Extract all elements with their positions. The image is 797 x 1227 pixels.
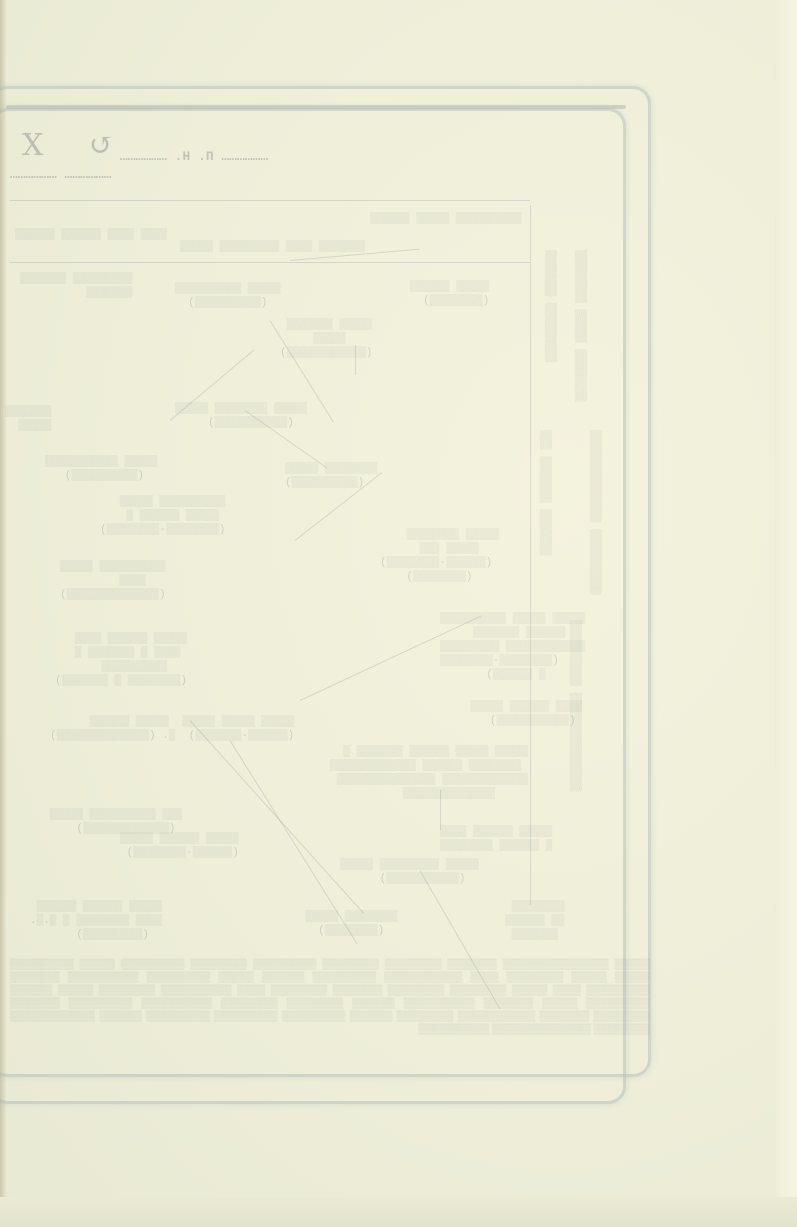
ghost-label: ▒▒▒▒▒▒▒ ▒▒▒▒ ▒▒▒▒▒▒▒▒▒ ▒▒▒▒▒ xyxy=(180,240,365,254)
ghost-vertical-label: ▒▒▒▒▒▒▒▒ ▒▒▒▒▒ ▒▒▒▒▒▒▒▒ xyxy=(575,250,589,402)
ghost-label: ▒▒▒▒▒▒▒▒▒▒ ▒▒▒▒▒ ▒▒▒▒▒▒ xyxy=(370,212,522,226)
ghost-label: ▒▒▒▒▒ ▒▒▒▒▒▒▒▒▒ ▒▒▒▒▒ (▒▒▒▒▒▒▒▒▒▒▒) xyxy=(340,858,479,886)
ghost-label: ▒▒▒▒▒ ▒▒▒▒▒▒▒▒▒▒▒ (▒▒▒▒▒▒▒▒▒▒) xyxy=(45,455,157,483)
ghost-label: ▒▒▒▒▒ ▒▒▒▒▒▒ ▒▒▒▒▒▒ ▒▒▒▒ ▒▒▒▒▒▒▒▒ ▒ ▒.▒.… xyxy=(30,900,162,942)
ghost-heading: ……………… П. Н. ……………… xyxy=(120,150,268,164)
ghost-column-divider xyxy=(530,205,531,905)
page-outer-edge xyxy=(775,0,797,1227)
ghost-label: ▒▒▒▒▒ ▒▒▒▒▒▒ ▒▒▒▒ ▒▒▒▒ ▒ ▒▒▒▒▒▒▒ ▒ ▒▒▒▒▒… xyxy=(55,632,187,688)
ghost-label: ▒▒▒▒▒▒▒▒▒ ▒▒▒▒▒▒▒ ▒▒▒▒▒▒▒ xyxy=(20,272,132,300)
page-bottom-edge xyxy=(0,1197,797,1227)
ghost-label: ▒▒▒▒▒ ▒▒▒▒▒ ▒▒▒▒▒ ▒▒▒▒▒ ▒▒▒▒▒▒ (▒▒▒▒▒▒-▒… xyxy=(50,715,294,743)
ghost-label: ▒▒▒▒▒ ▒▒▒▒▒▒▒▒▒▒ (▒▒▒▒▒▒▒▒▒▒) xyxy=(175,282,281,310)
ghost-label: ▒▒▒▒▒▒▒▒▒▒ ▒▒▒▒▒ ▒▒▒▒▒ ▒▒▒▒▒▒ ▒ (▒▒▒▒▒▒▒… xyxy=(100,495,225,537)
scanned-page: X ↺ ……………… П. Н. ……………… ……………… ……………… ▒▒… xyxy=(0,0,797,1227)
ghost-label: ▒▒▒▒▒▒▒▒ ▒▒ ▒▒▒▒▒▒ ▒▒▒▒▒▒▒ xyxy=(505,900,564,942)
ghost-rule xyxy=(10,262,530,263)
ghost-label: ▒▒▒▒▒ ▒▒▒▒▒▒▒▒ ▒▒▒▒▒ (▒▒▒▒▒▒▒▒▒▒▒) xyxy=(175,402,307,430)
ghost-label: ▒▒▒▒▒ ▒▒▒▒▒▒▒▒ ▒▒▒▒▒ ▒▒▒ (▒▒▒▒▒▒-▒▒▒▒▒▒▒… xyxy=(380,528,499,584)
ghost-vertical-label: ▒▒▒▒▒▒▒▒▒▒ ▒▒▒▒▒▒▒▒▒▒▒▒▒▒▒ xyxy=(570,620,584,792)
ghost-label: ▒▒▒▒▒ ▒▒▒▒▒▒ ▒▒▒▒▒ (▒▒▒▒▒▒-▒▒▒▒▒▒▒▒) xyxy=(120,832,239,860)
pencil-mark: X ↺ xyxy=(22,128,132,163)
ghost-label: ▒▒▒▒▒ ▒▒▒▒▒ ▒▒▒▒▒▒▒▒▒▒ ▒▒▒▒▒▒ ▒▒▒▒▒▒▒ ▒▒… xyxy=(440,612,585,682)
ghost-vertical-label: ▒▒▒▒▒▒▒▒▒▒▒▒▒▒ ▒▒▒▒▒▒▒▒▒▒ xyxy=(590,430,604,595)
ghost-label: ▒▒▒▒▒ ▒▒▒▒▒▒ (▒▒▒▒▒▒▒▒) xyxy=(410,280,489,308)
ghost-label: ▒▒▒▒ ▒▒▒▒▒▒ ▒▒▒▒▒ (▒▒▒▒▒▒▒▒▒▒▒) xyxy=(470,700,582,728)
ghost-arrow-vertical xyxy=(440,790,441,830)
ghost-label: ▒▒▒▒▒ ▒▒▒▒▒ ▒▒▒▒▒▒ ▒▒▒▒▒▒▒ ▒ ▒▒▒▒▒▒▒▒ ▒▒… xyxy=(330,745,528,801)
ghost-vertical-label: ▒▒▒ ▒▒▒▒▒▒▒ ▒▒▒▒▒▒▒ xyxy=(540,430,554,555)
ghost-rule xyxy=(10,200,530,201)
ghost-title: ……………… ……………… xyxy=(10,168,111,182)
ghost-label: ▒▒▒▒▒ ▒▒▒▒▒▒ ▒▒▒▒ ▒ ▒▒▒▒▒▒ ▒▒▒▒▒▒▒▒ xyxy=(440,825,552,853)
ghost-label: ▒▒▒▒ ▒▒▒▒ ▒▒▒▒▒▒ ▒▒▒▒▒▒ xyxy=(15,228,167,242)
ghost-label: ▒▒▒▒▒▒▒▒▒▒ ▒▒▒▒▒ ▒▒▒▒ (▒▒▒▒▒▒▒▒▒▒▒▒▒▒) xyxy=(60,560,166,602)
ghost-paragraph: ▒▒▒▒▒ ▒▒▒▒▒▒▒▒▒▒▒▒▒▒▒ ▒▒▒▒▒▒▒ ▒▒▒▒▒▒▒▒ ▒… xyxy=(10,958,650,1036)
ghost-label: ▒▒▒▒▒▒▒ ▒▒▒▒▒ xyxy=(5,405,51,433)
ghost-arrow-vertical xyxy=(355,345,356,375)
ghost-label: ▒▒▒▒▒ ▒▒▒▒▒▒▒ ▒▒▒▒▒ (▒▒▒▒▒▒▒▒▒▒▒▒) xyxy=(280,318,372,360)
ghost-vertical-label: ▒▒▒▒▒▒▒ ▒▒▒▒▒▒▒▒▒ xyxy=(545,250,559,362)
